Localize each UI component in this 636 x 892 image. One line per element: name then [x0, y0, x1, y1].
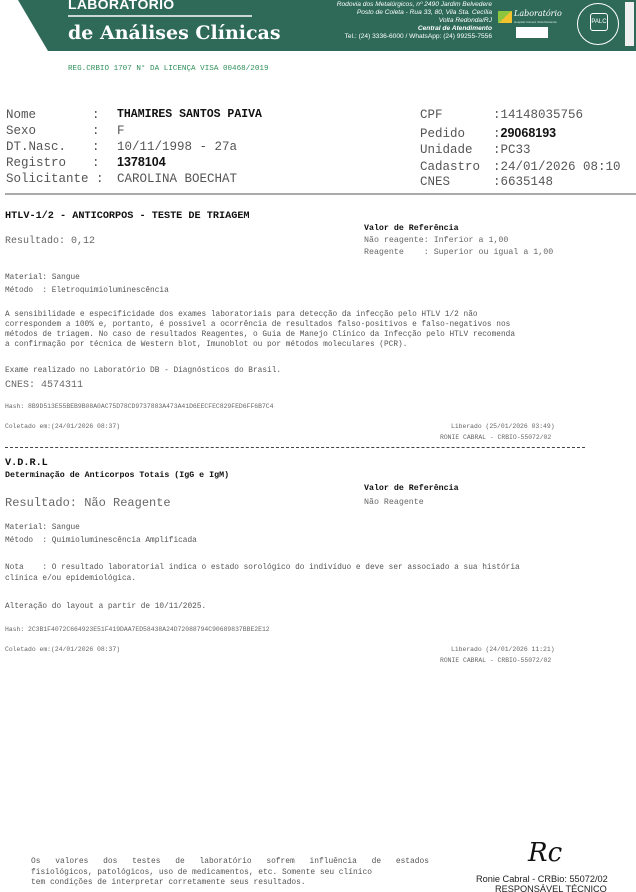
cnes-label: CNES — [420, 175, 450, 189]
lab-name-line2: de Análises Clínicas — [68, 22, 281, 44]
cadastro-value: :24/01/2026 08:10 — [493, 160, 621, 174]
exam2-result: Resultado: Não Reagente — [5, 496, 171, 510]
partner-logo-name: Laboratório — [514, 9, 562, 18]
exam2-released: Liberado (24/01/2026 11:21) — [451, 646, 555, 653]
address-line: Posto de Coleta - Rua 33, 80, Vila Sta. … — [337, 9, 492, 17]
nome-label: Nome — [6, 108, 36, 122]
exam1-note-line: a confirmação por técnica de Western blo… — [5, 341, 407, 349]
exam2-ref-title: Valor de Referência — [364, 484, 459, 493]
exam2-material: Material: Sangue — [5, 524, 80, 532]
exam2-title: V.D.R.L — [5, 458, 48, 469]
signer-role: RESPONSÁVEL TÉCNICO — [495, 884, 607, 892]
patient-name: THAMIRES SANTOS PAIVA — [117, 108, 262, 121]
unidade-label: Unidade — [420, 143, 473, 157]
colon: : — [92, 140, 100, 154]
solicitante-name: CAROLINA BOECHAT — [117, 172, 237, 186]
patient-birthdate: 10/11/1998 - 27a — [117, 140, 237, 154]
license-line: REG.CRBIO 1707 N° DA LICENÇA VISA 00468/… — [68, 65, 269, 73]
pedido: 29068193 — [501, 126, 557, 140]
partner-logo-subtitle: Hospital Unimed Volta Redonda — [514, 20, 557, 24]
sexo-label: Sexo — [6, 124, 36, 138]
solicitante-label: Solicitante — [6, 172, 89, 186]
colon: : — [96, 172, 104, 186]
partner-card-icon — [516, 27, 548, 38]
patient-sex: F — [117, 124, 125, 138]
central-label: Central de Atendimento — [337, 25, 492, 33]
colon: : — [92, 156, 100, 170]
pedido-label: Pedido — [420, 127, 465, 141]
cadastro: 24/01/2026 08:10 — [501, 160, 621, 174]
exam1-ref-line: Não reagente: Inferior a 1,00 — [364, 236, 508, 245]
cpf-label: CPF — [420, 108, 443, 122]
exam2-hash: Hash: 2C3B1F4072C664923E51F419DAA7ED5843… — [5, 626, 270, 633]
cadastro-label: Cadastro — [420, 160, 480, 174]
signer-name: Ronie Cabral - CRBio: 55072/02 — [476, 874, 608, 884]
exam1-cnes: CNES: 4574311 — [5, 380, 83, 391]
exam2-signer: RONIE CABRAL - CRBIO-55072/02 — [440, 657, 551, 664]
lab-header: LABORATÓRIO de Análises Clínicas Rodovia… — [0, 0, 636, 51]
exam1-hash: Hash: 8B9D513E55BEB9B08A0AC75D78CD973788… — [5, 403, 273, 410]
partner-logo: Laboratório Hospital Unimed Volta Redond… — [498, 9, 568, 39]
exam1-performed-at: Exame realizado no Laboratório DB - Diag… — [5, 367, 281, 375]
cpf: 14148035756 — [501, 108, 584, 122]
side-badge-icon — [625, 2, 634, 46]
cnes: 6635148 — [501, 175, 554, 189]
exam1-note-line: correspondem a 100% e, portanto, é possi… — [5, 321, 510, 329]
exam2-subtitle: Determinação de Anticorpos Totais (IgG e… — [5, 471, 229, 480]
lab-address: Rodovia dos Metalúrgicos, nº 2490 Jardim… — [337, 1, 492, 41]
cnes-value: :6635148 — [493, 175, 553, 189]
colon: : — [92, 124, 100, 138]
exam1-signer: RONIE CABRAL - CRBIO-55072/02 — [440, 434, 551, 441]
unidade: PC33 — [501, 143, 531, 157]
palc-seal-icon: PALC — [577, 3, 619, 45]
patient-registro: 1378104 — [117, 155, 166, 169]
pedido-value: :29068193 — [493, 126, 556, 141]
signature-icon: Rc — [528, 838, 562, 868]
patient-divider — [5, 193, 636, 195]
address-line: Volta Redonda/RJ — [337, 17, 492, 25]
exam-separator — [5, 447, 585, 448]
exam2-layout-change: Alteração do layout a partir de 10/11/20… — [5, 603, 206, 611]
exam2-method: Método : Quimioluminescência Amplificada — [5, 537, 197, 545]
exam1-ref-title: Valor de Referência — [364, 224, 459, 233]
exam2-collected: Coletado em:(24/01/2026 08:37) — [5, 646, 120, 653]
exam1-title: HTLV-1/2 - ANTICORPOS - TESTE DE TRIAGEM — [5, 211, 250, 222]
exam1-method: Método : Eletroquimioluminescência — [5, 287, 169, 295]
cpf-value: :14148035756 — [493, 108, 583, 122]
footer-disclaimer: Os valores dos testes de laboratório sof… — [31, 857, 429, 889]
exam1-material: Material: Sangue — [5, 274, 80, 282]
footer-line: fisiológicos, patológicos, uso de medica… — [31, 868, 429, 879]
footer-line: tem condições de interpretar corretament… — [31, 878, 429, 889]
exam2-note-line: Nota : O resultado laboratorial indica o… — [5, 564, 520, 572]
registro-label: Registro — [6, 156, 66, 170]
exam2-note-line: clínica e/ou epidemiológica. — [5, 575, 136, 583]
exam1-result: Resultado: 0,12 — [5, 236, 95, 247]
lab-name-divider — [68, 15, 252, 17]
colon: : — [92, 108, 100, 122]
exam1-note-line: métodos de triagem. No caso de resultado… — [5, 331, 515, 339]
phone-numbers: Tel.: (24) 3336-6000 / WhatsApp: (24) 99… — [337, 33, 492, 41]
partner-logo-icon — [498, 11, 512, 23]
exam2-ref-line: Não Reagente — [364, 498, 424, 507]
exam1-released: Liberado (25/01/2026 03:49) — [451, 423, 555, 430]
exam1-ref-line: Reagente : Superior ou igual a 1,00 — [364, 248, 553, 257]
unidade-value: :PC33 — [493, 143, 531, 157]
footer-line: Os valores dos testes de laboratório sof… — [31, 857, 429, 868]
lab-name-line1: LABORATÓRIO — [68, 0, 174, 12]
exam1-collected: Coletado em:(24/01/2026 08:37) — [5, 423, 120, 430]
palc-label: PALC — [590, 13, 608, 31]
address-line: Rodovia dos Metalúrgicos, nº 2490 Jardim… — [337, 1, 492, 9]
nasc-label: DT.Nasc. — [6, 140, 66, 154]
exam1-note-line: A sensibilidade e especificidade dos exa… — [5, 311, 478, 319]
